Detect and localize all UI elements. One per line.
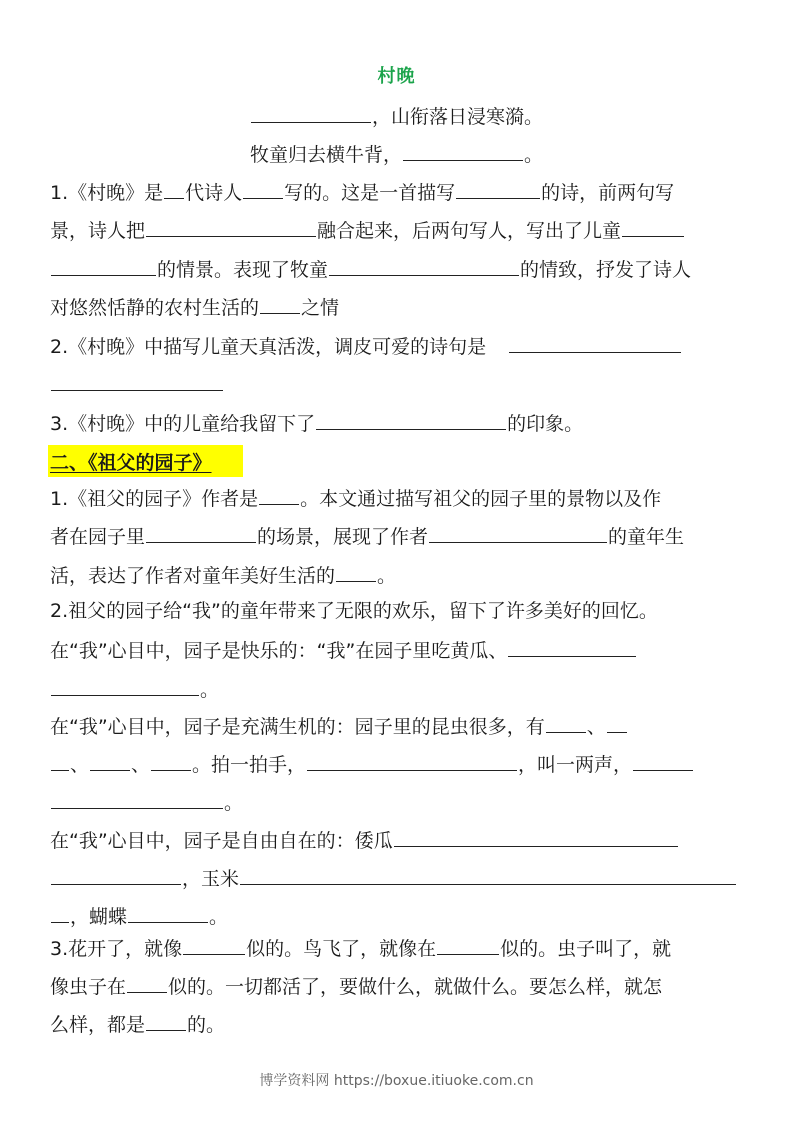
question-text: 。 <box>209 906 228 928</box>
question-text: 似的。鸟飞了，就像在 <box>246 938 436 960</box>
answer-blank[interactable] <box>403 140 523 161</box>
answer-blank[interactable] <box>90 750 130 771</box>
question-text: 的情致，抒发了诗人 <box>520 259 691 281</box>
answer-blank[interactable] <box>622 216 684 237</box>
answer-blank[interactable] <box>633 750 693 771</box>
question-1-line-2: 景，诗人把融合起来，后两句写人，写出了儿童 <box>50 216 750 244</box>
question-text: 的印象。 <box>507 413 583 435</box>
answer-blank[interactable] <box>146 1010 186 1031</box>
section-heading: 二、《祖父的园子》 <box>50 448 212 475</box>
section-heading-highlight: 二、《祖父的园子》 <box>48 445 243 477</box>
question-text: 的。 <box>187 1014 225 1036</box>
question-text: 景，诗人把 <box>50 220 145 242</box>
poem-text: 牧童归去横牛背， <box>250 144 402 166</box>
answer-blank[interactable] <box>151 750 191 771</box>
s2-question-1-line-2: 者在园子里的场景，展现了作者的童年生 <box>50 522 750 550</box>
question-text: 1.《村晚》是 <box>50 182 163 204</box>
answer-blank[interactable] <box>240 864 736 885</box>
s2-question-3-line-2: 像虫子在似的。一切都活了，要做什么，就做什么。要怎么样，就怎 <box>50 972 750 1000</box>
s2-question-1-line-3: 活，表达了作者对童年美好生活的。 <box>50 561 750 589</box>
question-text: 对悠然恬静的农村生活的 <box>50 297 259 319</box>
answer-blank[interactable] <box>128 902 208 923</box>
s2-question-2-line-7: 在“我”心目中，园子是自由自在的：倭瓜 <box>50 826 750 854</box>
question-text: 的诗，前两句写 <box>541 182 674 204</box>
question-text: 。 <box>377 565 396 587</box>
poem-title: 村晚 <box>0 62 793 88</box>
answer-blank[interactable] <box>508 636 636 657</box>
s2-question-3-line-1: 3.花开了，就像似的。鸟飞了，就像在似的。虫子叫了，就 <box>50 934 750 962</box>
question-text: 在“我”心目中，园子是快乐的：“我”在园子里吃黄瓜、 <box>50 640 507 662</box>
answer-blank[interactable] <box>146 522 256 543</box>
s2-question-2-line-8: ，玉米 <box>50 864 750 892</box>
answer-blank[interactable] <box>51 750 69 771</box>
answer-blank[interactable] <box>51 675 199 696</box>
question-text: ，叫一两声， <box>518 754 632 776</box>
question-text: 、 <box>131 754 150 776</box>
answer-blank[interactable] <box>243 178 283 199</box>
question-text: 在“我”心目中，园子是自由自在的：倭瓜 <box>50 830 393 852</box>
question-text: ，玉米 <box>182 868 239 890</box>
answer-blank[interactable] <box>329 255 519 276</box>
footer-watermark: 博学资料网 https://boxue.itiuoke.com.cn <box>0 1070 793 1090</box>
question-text: 2.《村晚》中描写儿童天真活泼，调皮可爱的诗句是 <box>50 336 486 358</box>
question-2-line-1: 2.《村晚》中描写儿童天真活泼，调皮可爱的诗句是 <box>50 332 750 360</box>
s2-question-2-line-5: 、、。拍一拍手，，叫一两声， <box>50 750 750 778</box>
answer-blank[interactable] <box>546 712 586 733</box>
answer-blank[interactable] <box>51 788 223 809</box>
question-text: ，蝴蝶 <box>70 906 127 928</box>
answer-blank[interactable] <box>164 178 184 199</box>
question-1-line-4: 对悠然恬静的农村生活的之情 <box>50 293 750 321</box>
answer-blank[interactable] <box>183 934 245 955</box>
question-text: 之情 <box>301 297 339 319</box>
answer-blank[interactable] <box>307 750 517 771</box>
question-text: 在“我”心目中，园子是充满生机的：园子里的昆虫很多，有 <box>50 716 545 738</box>
answer-blank[interactable] <box>146 216 316 237</box>
question-1-line-1: 1.《村晚》是代诗人写的。这是一首描写的诗，前两句写 <box>50 178 750 206</box>
question-text: 3.《村晚》中的儿童给我留下了 <box>50 413 315 435</box>
s2-question-2-line-9: ，蝴蝶。 <box>50 902 750 930</box>
question-text: 似的。虫子叫了，就 <box>500 938 671 960</box>
question-text: 2.祖父的园子给“我”的童年带来了无限的欢乐，留下了许多美好的回忆。 <box>50 600 658 622</box>
answer-blank[interactable] <box>259 484 299 505</box>
s2-question-2-line-2: 在“我”心目中，园子是快乐的：“我”在园子里吃黄瓜、 <box>50 636 750 664</box>
question-3-line: 3.《村晚》中的儿童给我留下了的印象。 <box>50 409 750 437</box>
question-text: 的情景。表现了牧童 <box>157 259 328 281</box>
answer-blank[interactable] <box>251 102 371 123</box>
answer-blank[interactable] <box>316 409 506 430</box>
s2-question-3-line-3: 么样，都是的。 <box>50 1010 750 1038</box>
question-text: 、 <box>70 754 89 776</box>
worksheet-page: 村晚 ，山衔落日浸寒漪。 牧童归去横牛背，。 1.《村晚》是代诗人写的。这是一首… <box>0 0 793 1122</box>
question-text: 的场景，展现了作者 <box>257 526 428 548</box>
question-text: 3.花开了，就像 <box>50 938 182 960</box>
question-text: 。本文通过描写祖父的园子里的景物以及作 <box>300 488 661 510</box>
poem-line-1: ，山衔落日浸寒漪。 <box>0 102 793 130</box>
s2-question-2-line-4: 在“我”心目中，园子是充满生机的：园子里的昆虫很多，有、 <box>50 712 750 740</box>
answer-blank[interactable] <box>607 712 627 733</box>
question-2-line-2 <box>50 370 750 398</box>
question-text: 。 <box>200 679 219 701</box>
question-text: 么样，都是 <box>50 1014 145 1036</box>
answer-blank[interactable] <box>51 370 223 391</box>
answer-blank[interactable] <box>509 332 681 353</box>
answer-blank[interactable] <box>437 934 499 955</box>
question-text: 1.《祖父的园子》作者是 <box>50 488 258 510</box>
answer-blank[interactable] <box>394 826 678 847</box>
s2-question-1-line-1: 1.《祖父的园子》作者是。本文通过描写祖父的园子里的景物以及作 <box>50 484 750 512</box>
s2-question-2-line-1: 2.祖父的园子给“我”的童年带来了无限的欢乐，留下了许多美好的回忆。 <box>50 598 750 624</box>
s2-question-2-line-3: 。 <box>50 675 750 703</box>
s2-question-2-line-6: 。 <box>50 788 750 816</box>
question-text: 活，表达了作者对童年美好生活的 <box>50 565 335 587</box>
poem-text: 。 <box>524 144 543 166</box>
question-text: 的童年生 <box>608 526 684 548</box>
question-text: 者在园子里 <box>50 526 145 548</box>
question-1-line-3: 的情景。表现了牧童的情致，抒发了诗人 <box>50 255 750 283</box>
question-text: 融合起来，后两句写人，写出了儿童 <box>317 220 621 242</box>
question-text: 像虫子在 <box>50 976 126 998</box>
question-text: 写的。这是一首描写 <box>284 182 455 204</box>
answer-blank[interactable] <box>51 902 69 923</box>
answer-blank[interactable] <box>260 293 300 314</box>
question-text: 似的。一切都活了，要做什么，就做什么。要怎么样，就怎 <box>168 976 662 998</box>
poem-text: ，山衔落日浸寒漪。 <box>372 106 543 128</box>
answer-blank[interactable] <box>51 255 156 276</box>
question-text: 。 <box>224 792 243 814</box>
answer-blank[interactable] <box>51 864 181 885</box>
question-text: 。拍一拍手， <box>192 754 306 776</box>
answer-blank[interactable] <box>336 561 376 582</box>
answer-blank[interactable] <box>429 522 607 543</box>
answer-blank[interactable] <box>127 972 167 993</box>
poem-line-2: 牧童归去横牛背，。 <box>0 140 793 168</box>
answer-blank[interactable] <box>456 178 540 199</box>
question-text: 代诗人 <box>185 182 242 204</box>
question-text: 、 <box>587 716 606 738</box>
